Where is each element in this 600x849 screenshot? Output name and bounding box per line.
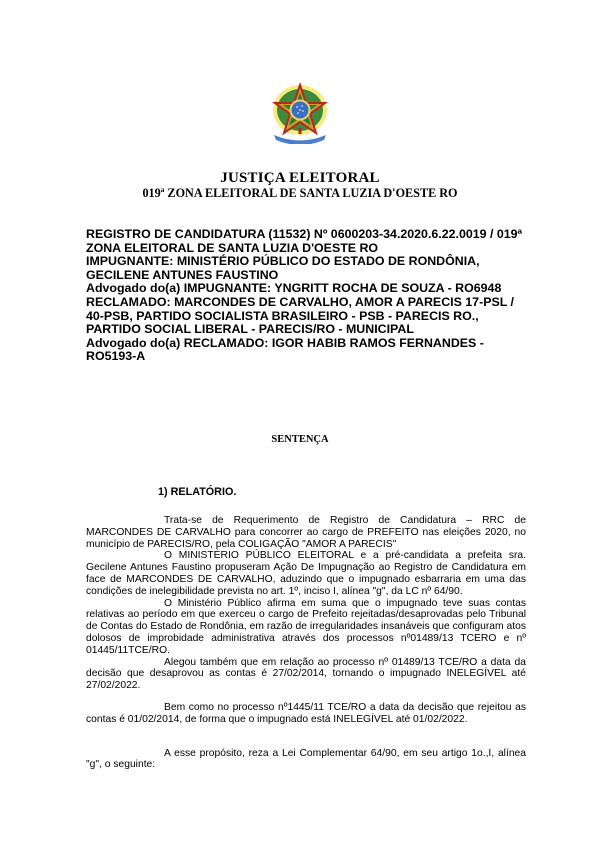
header-line: RO5193-A [86, 350, 526, 364]
document-page: JUSTIÇA ELEITORAL 019ª ZONA ELEITORAL DE… [0, 0, 600, 849]
paragraph: Trata-se de Requerimento de Registro de … [86, 515, 526, 550]
header-line: IMPUGNANTE: MINISTÉRIO PÚBLICO DO ESTADO… [86, 255, 526, 269]
header-line: 40-PSB, PARTIDO SOCIALISTA BRASILEIRO - … [86, 310, 526, 324]
document-body: Trata-se de Requerimento de Registro de … [86, 515, 526, 771]
header-line: Advogado do(a) RECLAMADO: IGOR HABIB RAM… [86, 337, 526, 351]
sentence-title: SENTENÇA [0, 434, 600, 445]
court-title: JUSTIÇA ELEITORAL [0, 170, 600, 187]
paragraph: A esse propósito, reza a Lei Complementa… [86, 748, 526, 772]
case-header: REGISTRO DE CANDIDATURA (11532) Nº 06002… [86, 228, 526, 364]
header-line: REGISTRO DE CANDIDATURA (11532) Nº 06002… [86, 228, 526, 242]
paragraph: Bem como no processo nº1445/11 TCE/RO a … [86, 702, 526, 726]
paragraph: O MINISTÉRIO PÚBLICO ELEITORAL e a pré-c… [86, 550, 526, 597]
section-heading-relatorio: 1) RELATÓRIO. [158, 486, 236, 498]
court-zone: 019ª ZONA ELEITORAL DE SANTA LUZIA D'OES… [0, 186, 600, 201]
paragraph: Alegou também que em relação ao processo… [86, 657, 526, 692]
coat-of-arms-icon [268, 80, 332, 144]
header-line: PARTIDO SOCIAL LIBERAL - PARECIS/RO - MU… [86, 323, 526, 337]
paragraph: O Ministério Público afirma em suma que … [86, 598, 526, 657]
header-line: Advogado do(a) IMPUGNANTE: YNGRITT ROCHA… [86, 282, 526, 296]
header-line: RECLAMADO: MARCONDES DE CARVALHO, AMOR A… [86, 296, 526, 310]
header-line: GECILENE ANTUNES FAUSTINO [86, 269, 526, 283]
